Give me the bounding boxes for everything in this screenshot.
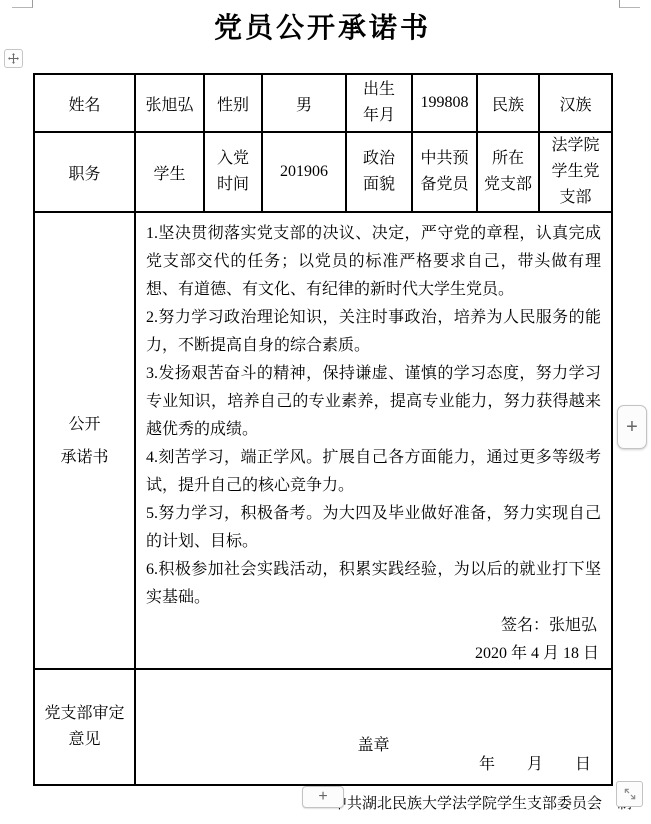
expand-button[interactable] (616, 781, 643, 807)
political-label-cell[interactable]: 政治 面貌 (346, 132, 412, 212)
commitment-content-cell[interactable]: 1.坚决贯彻落实党支部的决议、决定，严守党的章程，认真完成党支部交代的任务；以党… (135, 212, 612, 669)
document-title[interactable]: 党员公开承诺书 (0, 6, 645, 46)
ethnic-label-cell[interactable]: 民族 (477, 74, 539, 132)
commitment-item[interactable]: 5.努力学习，积极备考。为大四及毕业做好准备，努力实现自己的计划、目标。 (146, 500, 601, 556)
birth-value-cell[interactable]: 199808 (412, 74, 477, 132)
commitment-form-table: 姓名 张旭弘 性别 男 出生 年月 199808 民族 汉族 职务 学生 入党 … (33, 73, 613, 786)
plus-icon: + (318, 788, 327, 806)
table-row: 职务 学生 入党 时间 201906 政治 面貌 中共预 备党员 所在 党支部 … (34, 132, 612, 212)
political-value-cell[interactable]: 中共预 备党员 (412, 132, 477, 212)
join-label-cell[interactable]: 入党 时间 (204, 132, 262, 212)
birth-label-cell[interactable]: 出生 年月 (346, 74, 412, 132)
commitment-item[interactable]: 1.坚决贯彻落实党支部的决议、决定，严守党的章程，认真完成党支部交代的任务；以党… (146, 220, 601, 304)
ethnic-value-cell[interactable]: 汉族 (539, 74, 612, 132)
expand-icon (623, 787, 637, 801)
review-date-blank[interactable]: 年 月 日 (479, 751, 591, 774)
name-label-cell[interactable]: 姓名 (34, 74, 135, 132)
table-move-handle-button[interactable] (4, 49, 23, 68)
plus-icon: + (626, 416, 638, 439)
commitment-label-cell[interactable]: 公开 承诺书 (34, 212, 135, 669)
branch-label-cell[interactable]: 所在 党支部 (477, 132, 539, 212)
duty-value-cell[interactable]: 学生 (135, 132, 204, 212)
table-row: 党支部审定 意见 盖章 年 月 日 (34, 669, 612, 785)
signature-line[interactable]: 签名：张旭弘 (146, 612, 601, 640)
name-value-cell[interactable]: 张旭弘 (135, 74, 204, 132)
table-row: 姓名 张旭弘 性别 男 出生 年月 199808 民族 汉族 (34, 74, 612, 132)
duty-label-cell[interactable]: 职务 (34, 132, 135, 212)
commitment-item[interactable]: 6.积极参加社会实践活动，积累实践经验，为以后的就业打下坚实基础。 (146, 556, 601, 612)
review-label-cell[interactable]: 党支部审定 意见 (34, 669, 135, 785)
table-row: 公开 承诺书 1.坚决贯彻落实党支部的决议、决定，严守党的章程，认真完成党支部交… (34, 212, 612, 669)
gender-label-cell[interactable]: 性别 (204, 74, 262, 132)
commitment-date-line[interactable]: 2020 年 4 月 18 日 (146, 640, 601, 668)
review-content-cell[interactable]: 盖章 年 月 日 (135, 669, 612, 785)
side-add-button[interactable]: + (617, 405, 647, 449)
gender-value-cell[interactable]: 男 (262, 74, 346, 132)
join-value-cell[interactable]: 201906 (262, 132, 346, 212)
branch-value-cell[interactable]: 法学院 学生党 支部 (539, 132, 612, 212)
commitment-item[interactable]: 4.刻苦学习，端正学风。扩展自己各方面能力，通过更多等级考试，提升自己的核心竞争… (146, 444, 601, 500)
footer-text: 中共湖北民族大学法学院学生支部委员会 制 (332, 792, 632, 813)
bottom-add-button[interactable]: + (302, 786, 344, 808)
move-icon (7, 52, 20, 65)
commitment-item[interactable]: 3.发扬艰苦奋斗的精神，保持谦虚、谨慎的学习态度，努力学习专业知识，培养自己的专… (146, 360, 601, 444)
commitment-item[interactable]: 2.努力学习政治理论知识，关注时事政治，培养为人民服务的能力，不断提高自身的综合… (146, 304, 601, 360)
